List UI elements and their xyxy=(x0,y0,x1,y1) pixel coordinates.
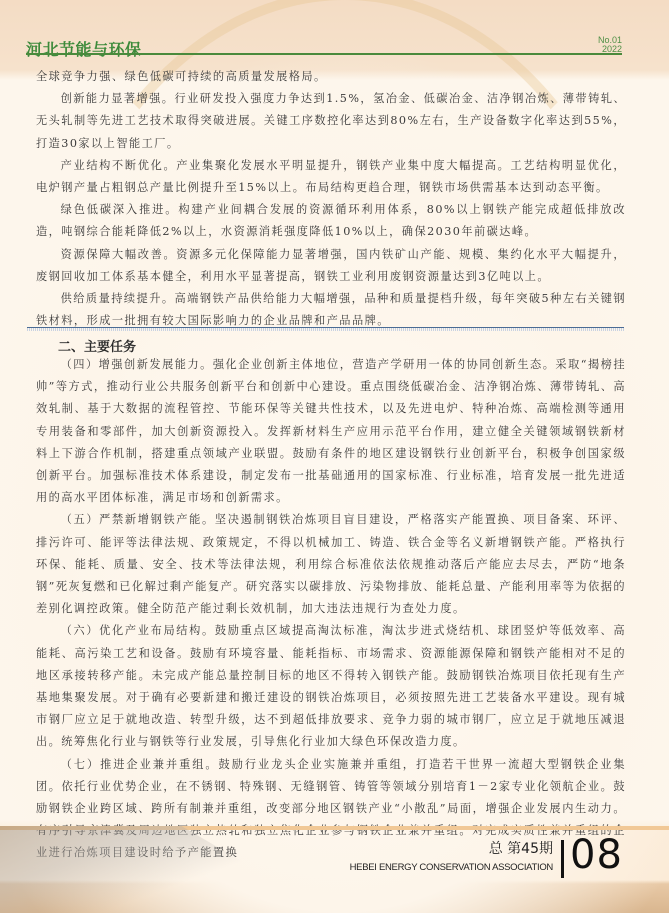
paragraph: 创新能力显著增强。行业研发投入强度力争达到1.5%，氢冶金、低碳冶金、洁净钢冶炼… xyxy=(36,88,626,155)
issue-label: No.01 2022 xyxy=(598,36,622,54)
total-issue-label: 总 第45期 xyxy=(489,838,553,858)
header-rule xyxy=(26,53,622,55)
organization-name: HEBEI ENERGY CONSERVATION ASSOCIATION xyxy=(350,862,553,873)
paragraph: 资源保障大幅改善。资源多元化保障能力显著增强，国内铁矿山产能、规模、集约化水平大… xyxy=(36,244,626,288)
paragraph: 供给质量持续提升。高端钢铁产品供给能力大幅增强，品种和质量提档升级，每年突破5种… xyxy=(36,288,626,332)
paragraph: 绿色低碳深入推进。构建产业间耦合发展的资源循环利用体系，80%以上钢铁产能完成超… xyxy=(36,199,626,243)
section-2-body: （四）增强创新发展能力。强化企业创新主体地位，营造产学研用一体的协同创新生态。采… xyxy=(36,354,626,865)
section-1-body: 全球竞争力强、绿色低碳可持续的高质量发展格局。 创新能力显著增强。行业研发投入强… xyxy=(36,66,626,332)
paragraph: （五）严禁新增钢铁产能。坚决遏制钢铁冶炼项目盲目建设，严格落实产能置换、项目备案… xyxy=(36,509,626,620)
page-number: 08 xyxy=(570,832,623,878)
paragraph: 全球竞争力强、绿色低碳可持续的高质量发展格局。 xyxy=(36,66,626,88)
section-heading: 二、主要任务 xyxy=(58,336,136,355)
section-divider xyxy=(27,327,624,331)
magazine-title: 河北节能与环保 xyxy=(26,37,142,60)
paragraph: （六）优化产业布局结构。鼓励重点区域提高淘汰标准，淘汰步进式烧结机、球团竖炉等低… xyxy=(36,620,626,753)
footer-separator xyxy=(561,840,564,878)
paragraph: 产业结构不断优化。产业集聚化发展水平明显提升，钢铁产业集中度大幅提高。工艺结构明… xyxy=(36,155,626,199)
paragraph: （四）增强创新发展能力。强化企业创新主体地位，营造产学研用一体的协同创新生态。采… xyxy=(36,354,626,509)
